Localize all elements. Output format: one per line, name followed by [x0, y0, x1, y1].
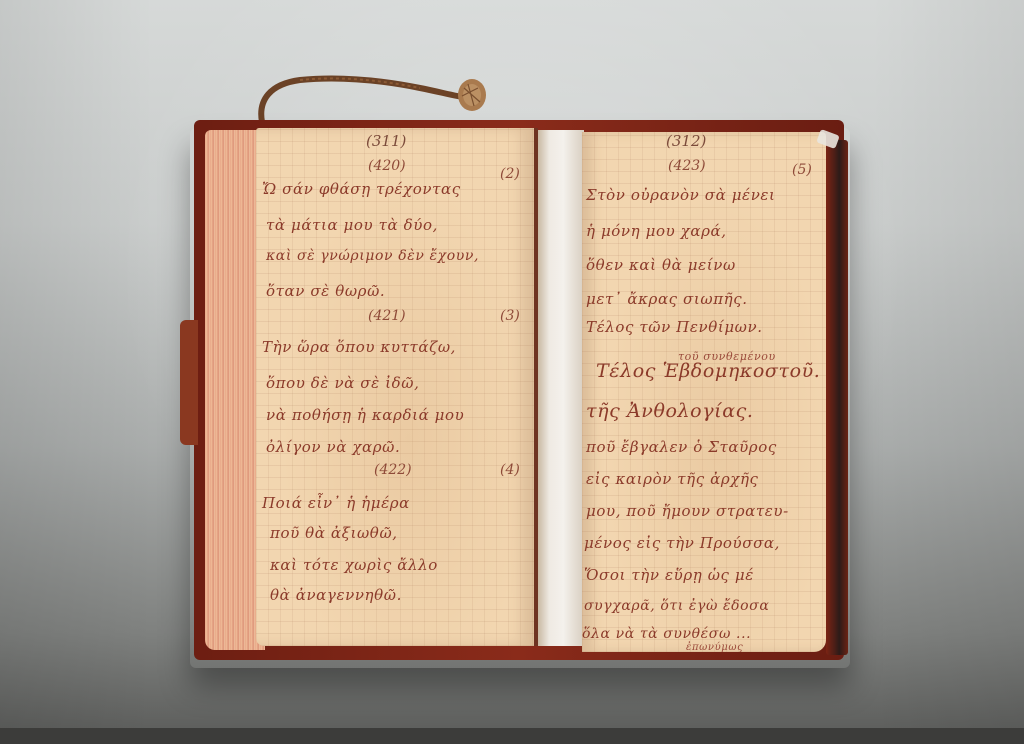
- text-line: μου, ποῦ ἤμουν στρατευ-: [586, 502, 789, 520]
- blank-gutter-page: [538, 130, 584, 646]
- stanza-number: (3): [500, 308, 520, 324]
- text-line: ὀλίγον νὰ χαρῶ.: [266, 438, 400, 456]
- background-shadow-strip: [0, 728, 1024, 744]
- left-page: (311) (420) (2) Ὤ σάν φθάσῃ τρέχοντας τὰ…: [256, 128, 534, 646]
- text-line: ὅπου δὲ νὰ σὲ ἰδῶ,: [266, 374, 419, 392]
- stanza-number: (5): [792, 162, 812, 178]
- stanza-number: (4): [500, 462, 520, 478]
- entry-number: (423): [668, 158, 706, 174]
- book-cover-edge: [826, 140, 848, 655]
- text-line: Τὴν ὥρα ὅπου κυττάζω,: [262, 338, 456, 356]
- text-line: μένος εἰς τὴν Προύσσα,: [584, 534, 780, 552]
- text-line: καὶ σὲ γνώριμον δὲν ἔχουν,: [266, 248, 479, 264]
- entry-number: (420): [368, 158, 406, 174]
- cover-flap: [180, 320, 198, 445]
- text-line: Ὅσοι τὴν εὕρῃ ὡς μέ: [584, 566, 754, 584]
- text-line: Ὤ σάν φθάσῃ τρέχοντας: [262, 180, 461, 198]
- footnote: ἐπωνύμως: [686, 642, 743, 652]
- text-line: Ποιά εἶν᾽ ἡ ἡμέρα: [262, 494, 410, 512]
- text-line: ποῦ θὰ ἀξιωθῶ,: [270, 524, 398, 542]
- text-line: καὶ τότε χωρὶς ἄλλο: [270, 556, 438, 574]
- text-line: εἰς καιρὸν τῆς ἀρχῆς: [586, 470, 759, 488]
- text-line: Στὸν οὐρανὸν σὰ μένει: [586, 186, 776, 204]
- text-line: τῆς Ἀνθολογίας.: [586, 400, 754, 422]
- text-line: συγχαρᾶ, ὅτι ἐγὼ ἔδοσα: [584, 598, 769, 614]
- text-line: ὅταν σὲ θωρῶ.: [266, 282, 385, 300]
- stanza-number: (2): [500, 166, 520, 182]
- page-number: (311): [366, 132, 406, 150]
- page-number: (312): [666, 132, 706, 150]
- entry-number: (421): [368, 308, 406, 324]
- text-line: τὰ μάτια μου τὰ δύο,: [266, 216, 438, 234]
- text-line: μετ᾽ ἄκρας σιωπῆς.: [586, 290, 748, 308]
- text-line: ἡ μόνη μου χαρά,: [586, 222, 727, 240]
- title-line: Τέλος Ἑβδομηκοστοῦ.: [596, 360, 820, 382]
- text-line: θὰ ἀναγεννηθῶ.: [270, 586, 402, 604]
- end-note: Τέλος τῶν Πενθίμων.: [586, 318, 763, 336]
- text-line: νὰ ποθήσῃ ἡ καρδιά μου: [266, 406, 464, 424]
- text-line: ὅλα νὰ τὰ συνθέσω ...: [582, 626, 751, 642]
- right-page: (312) (423) (5) Στὸν οὐρανὸν σὰ μένει ἡ …: [582, 132, 826, 652]
- entry-number: (422): [374, 462, 412, 478]
- text-line: ποῦ ἔβγαλεν ὁ Σταῦρος: [586, 438, 777, 456]
- text-line: ὅθεν καὶ θὰ μείνω: [586, 256, 736, 274]
